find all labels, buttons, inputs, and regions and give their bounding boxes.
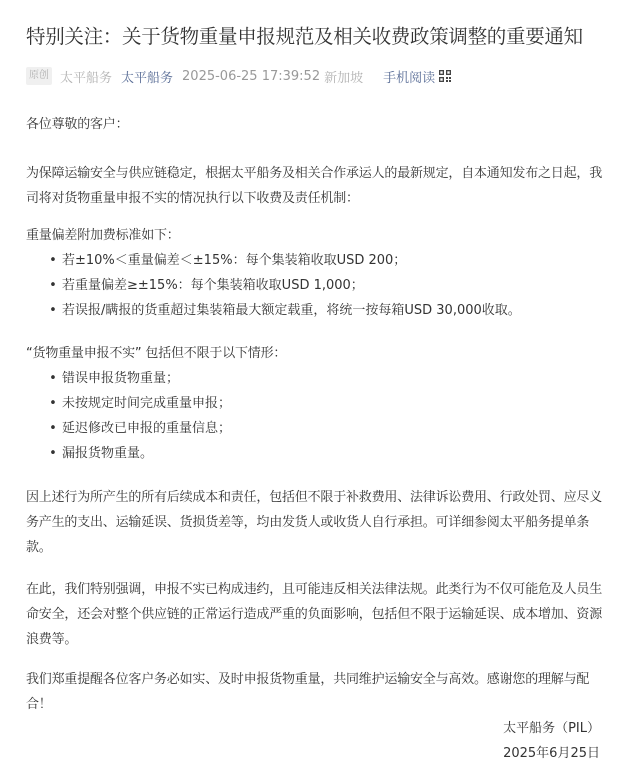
account-link[interactable]: 太平船务 — [121, 67, 173, 86]
list-item: • 若±10%＜重量偏差＜±15%：每个集装箱收取USD 200； — [26, 248, 610, 273]
bullet-icon: • — [49, 248, 57, 273]
surcharge-item-text: 若重量偏差≥±15%：每个集装箱收取USD 1,000； — [62, 278, 364, 293]
original-badge: 原创 — [26, 67, 52, 85]
bullet-icon: • — [49, 298, 57, 323]
closing-paragraph: 我们郑重提醒各位客户务必如实、及时申报货物重量，共同维护运输安全与高效。感谢您的… — [26, 667, 610, 717]
surcharge-list: • 若±10%＜重量偏差＜±15%：每个集装箱收取USD 200； • 若重量偏… — [26, 248, 610, 323]
surcharge-item-text: 若±10%＜重量偏差＜±15%：每个集装箱收取USD 200； — [62, 253, 406, 268]
author-name: 太平船务 — [60, 67, 112, 86]
emphasis-paragraph: 在此，我们特别强调，申报不实已构成违约，且可能违反相关法律法规。此类行为不仅可能… — [26, 577, 610, 652]
misdeclare-item-text: 未按规定时间完成重量申报； — [62, 396, 231, 411]
list-item: • 若误报/瞒报的货重超过集装箱最大额定载重，将统一按每箱USD 30,000收… — [26, 298, 610, 323]
bullet-icon: • — [49, 366, 57, 391]
surcharge-heading: 重量偏差附加费标准如下： — [26, 223, 610, 248]
list-item: • 漏报货物重量。 — [26, 441, 610, 466]
bullet-icon: • — [49, 391, 57, 416]
mobile-read-link[interactable]: 手机阅读 — [383, 67, 435, 86]
article-meta: 原创 太平船务 太平船务 2025-06-25 17:39:52 新加坡 手机阅… — [26, 66, 451, 86]
bullet-icon: • — [49, 273, 57, 298]
misdeclare-item-text: 漏报货物重量。 — [62, 446, 153, 461]
intro-paragraph: 为保障运输安全与供应链稳定，根据太平船务及相关合作承运人的最新规定，自本通知发布… — [26, 161, 610, 211]
signature-date: 2025年6月25日 — [503, 741, 600, 766]
bullet-icon: • — [49, 441, 57, 466]
list-item: • 若重量偏差≥±15%：每个集装箱收取USD 1,000； — [26, 273, 610, 298]
list-item: • 错误申报货物重量； — [26, 366, 610, 391]
bullet-icon: • — [49, 416, 57, 441]
greeting: 各位尊敬的客户： — [26, 112, 610, 137]
article-title: 特别关注：关于货物重量申报规范及相关收费政策调整的重要通知 — [26, 22, 616, 52]
signature-company: 太平船务（PIL） — [503, 716, 600, 741]
publish-location: 新加坡 — [324, 67, 363, 86]
misdeclare-list: • 错误申报货物重量； • 未按规定时间完成重量申报； • 延迟修改已申报的重量… — [26, 366, 610, 466]
list-item: • 未按规定时间完成重量申报； — [26, 391, 610, 416]
publish-datetime: 2025-06-25 17:39:52 — [182, 69, 320, 84]
list-item: • 延迟修改已申报的重量信息； — [26, 416, 610, 441]
surcharge-item-text: 若误报/瞒报的货重超过集装箱最大额定载重，将统一按每箱USD 30,000收取。 — [62, 303, 521, 318]
misdeclare-item-text: 错误申报货物重量； — [62, 371, 179, 386]
misdeclare-item-text: 延迟修改已申报的重量信息； — [62, 421, 231, 436]
qr-code-icon[interactable] — [439, 70, 451, 82]
liability-paragraph: 因上述行为所产生的所有后续成本和责任，包括但不限于补救费用、法律诉讼费用、行政处… — [26, 485, 610, 560]
misdeclare-heading: “货物重量申报不实” 包括但不限于以下情形： — [26, 341, 610, 366]
